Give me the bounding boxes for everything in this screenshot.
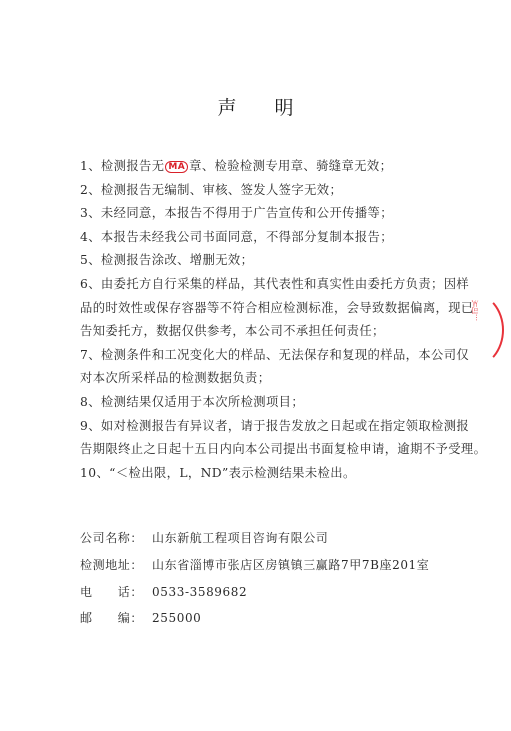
company-name-row: 公司名称：山东新航工程项目咨询有限公司 [80, 525, 429, 552]
statement-item: 10、“＜检出限，L，ND”表示检测结果未检出。 [80, 462, 460, 486]
address-row: 检测地址：山东省淄博市张店区房镇镇三赢路7甲7B座201室 [80, 552, 429, 579]
phone-row: 电 话：0533-3589682 [80, 579, 429, 606]
statement-item: 6、由委托方自行采集的样品，其代表性和真实性由委托方负责；因样 [80, 273, 460, 297]
statement-item: 7、检测条件和工况变化大的样品、无法保存和复现的样品，本公司仅 [80, 344, 460, 368]
statement-text: 1、检测报告无 [80, 159, 164, 173]
ma-stamp-icon: MA [165, 161, 188, 173]
statement-text: 章、检验检测专用章、骑缝章无效； [189, 159, 392, 173]
statement-item-continued: 告期限终止之日起十五日内向本公司提出书面复检申请，逾期不予受理。 [80, 438, 460, 462]
document-title: 声明 [0, 93, 511, 120]
statement-item: 8、检测结果仅适用于本次所检测项目； [80, 391, 460, 415]
postcode-row: 邮 编：255000 [80, 605, 429, 632]
statement-item: 1、检测报告无MA章、检验检测专用章、骑缝章无效； [80, 155, 460, 179]
statement-list: 1、检测报告无MA章、检验检测专用章、骑缝章无效； 2、检测报告无编制、审核、签… [80, 155, 460, 485]
statement-item: 3、未经同意，本报告不得用于广告宣传和公开传播等； [80, 202, 460, 226]
statement-item-continued: 品的时效性或保存容器等不符合相应检测标准，会导致数据偏离，现已 [80, 297, 460, 321]
seal-stamp-text: …司从 [470, 300, 480, 321]
company-info: 公司名称：山东新航工程项目咨询有限公司 检测地址：山东省淄博市张店区房镇镇三赢路… [80, 525, 429, 632]
statement-item: 5、检测报告涂改、增删无效； [80, 249, 460, 273]
statement-item: 4、本报告未经我公司书面同意，不得部分复制本报告； [80, 226, 460, 250]
statement-item-continued: 对本次所采样品的检测数据负责； [80, 367, 460, 391]
statement-item: 9、如对检测报告有异议者，请于报告发放之日起或在指定领取检测报 [80, 415, 460, 439]
statement-item-continued: 告知委托方，数据仅供参考，本公司不承担任何责任； [80, 320, 460, 344]
statement-item: 2、检测报告无编制、审核、签发人签字无效； [80, 179, 460, 203]
